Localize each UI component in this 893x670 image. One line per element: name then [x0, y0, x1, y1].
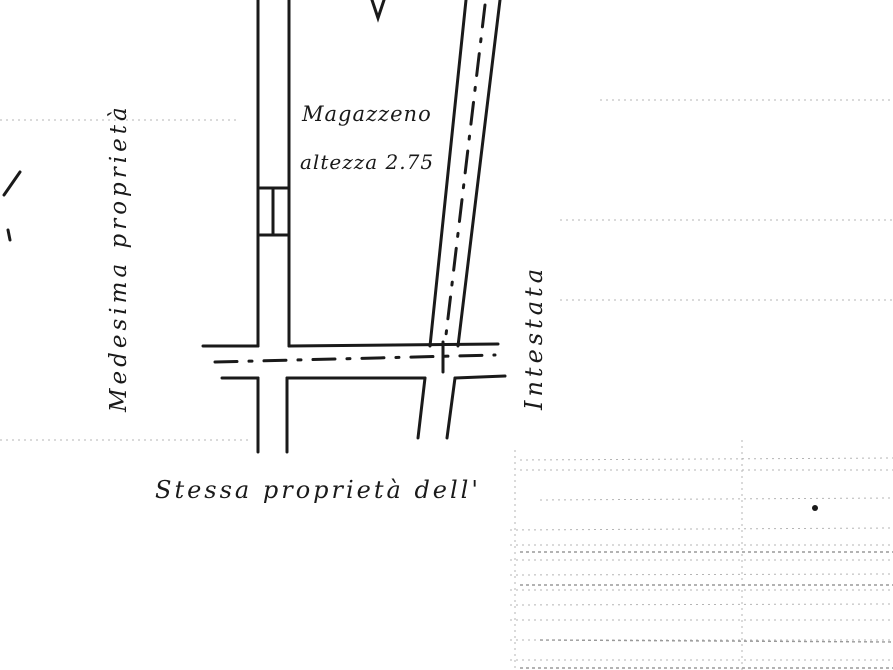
- right-side-label: Intestata: [520, 265, 548, 410]
- ink-dot: [812, 505, 818, 511]
- stray-mark: [4, 172, 20, 195]
- slanted-wall: [418, 0, 500, 438]
- floor-plan-drawing: [0, 0, 893, 670]
- room-height-label: altezza 2.75: [300, 150, 434, 174]
- horizontal-walls: [203, 342, 505, 378]
- north-mark: [372, 0, 384, 18]
- stray-mark: [8, 230, 10, 240]
- corridor-walls: [258, 0, 289, 452]
- bottom-label: Stessa proprietà dell': [155, 476, 481, 504]
- left-side-label: Medesima proprietà: [106, 103, 132, 412]
- room-name-label: Magazzeno: [302, 102, 432, 126]
